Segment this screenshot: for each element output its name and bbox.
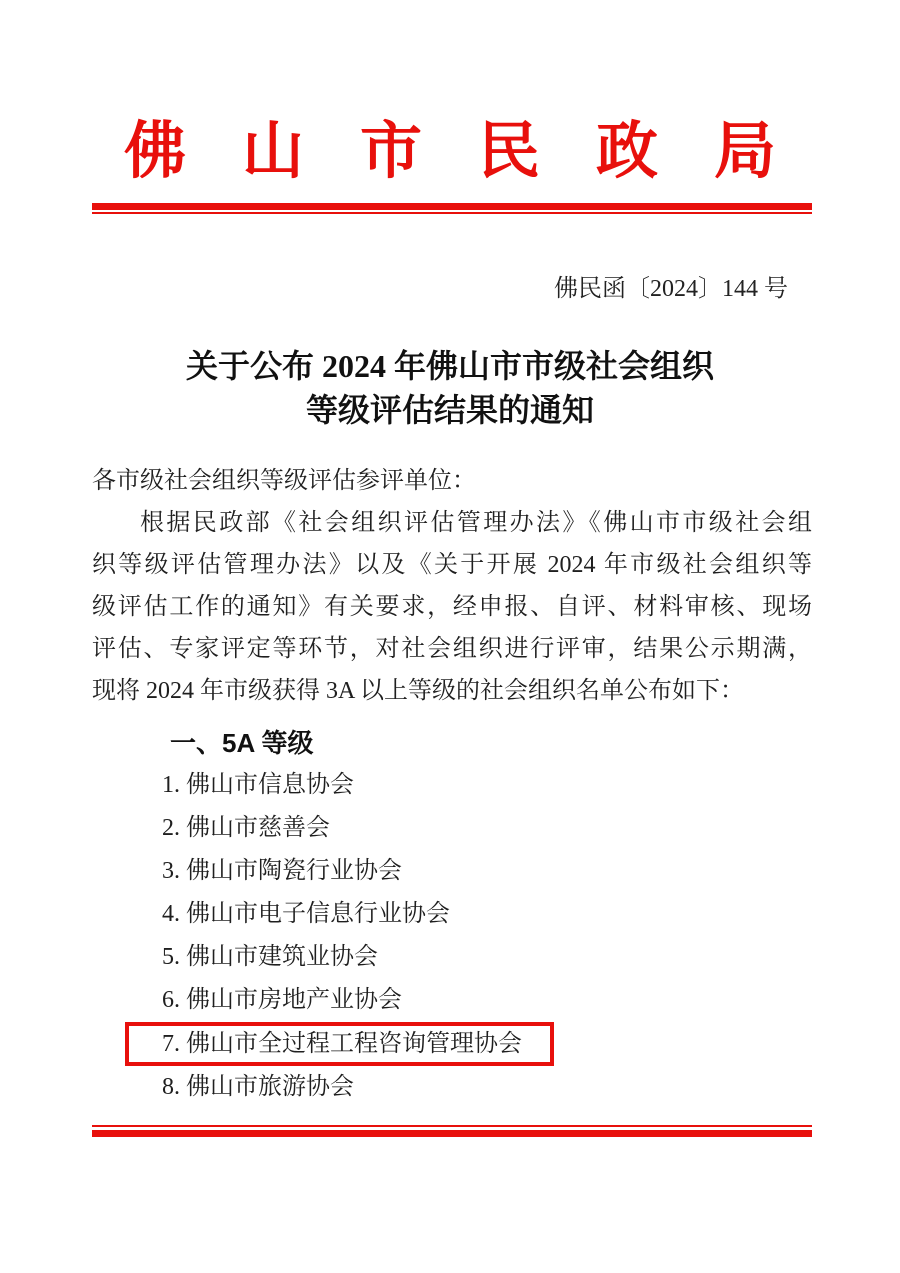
footer-rule-thick xyxy=(92,1130,812,1137)
section-heading-5a-grade: 一、5A 等级 xyxy=(92,722,812,764)
body-line: 织等级评估管理办法》以及《关于开展 2024 年市级社会组织等 xyxy=(92,544,812,586)
body-line: 根据民政部《社会组织评估管理办法》《佛山市市级社会组 xyxy=(92,502,812,544)
list-item: 3. 佛山市陶瓷行业协会 xyxy=(92,850,812,893)
list-item: 8. 佛山市旅游协会 xyxy=(92,1066,812,1109)
notice-title-line-1: 关于公布 2024 年佛山市市级社会组织 xyxy=(0,344,900,388)
document-reference-number: 佛民函〔2024〕144 号 xyxy=(0,274,788,304)
list-item: 4. 佛山市电子信息行业协会 xyxy=(92,893,812,936)
body-line: 评估、专家评定等环节，对社会组织进行评审，结果公示期满， xyxy=(92,628,812,670)
header-rule-thick xyxy=(92,203,812,210)
red-highlight-box: 7. 佛山市全过程工程咨询管理协会 xyxy=(125,1022,554,1066)
organization-list: 1. 佛山市信息协会 2. 佛山市慈善会 3. 佛山市陶瓷行业协会 4. 佛山市… xyxy=(92,764,812,1109)
list-item-highlighted-row: 7. 佛山市全过程工程咨询管理协会 xyxy=(92,1022,812,1066)
notice-title-line-2: 等级评估结果的通知 xyxy=(0,388,900,432)
list-item: 5. 佛山市建筑业协会 xyxy=(92,936,812,979)
body-line: 级评估工作的通知》有关要求，经申报、自评、材料审核、现场 xyxy=(92,586,812,628)
list-item: 1. 佛山市信息协会 xyxy=(92,764,812,807)
list-item: 6. 佛山市房地产业协会 xyxy=(92,979,812,1022)
body-line: 现将 2024 年市级获得 3A 以上等级的社会组织名单公布如下： xyxy=(92,670,812,712)
official-notice-page: 佛山市民政局 佛民函〔2024〕144 号 关于公布 2024 年佛山市市级社会… xyxy=(0,0,900,1273)
list-item-highlighted: 7. 佛山市全过程工程咨询管理协会 xyxy=(162,1031,522,1057)
header-rule-thin xyxy=(92,212,812,214)
footer-rule-thin xyxy=(92,1125,812,1127)
list-item: 2. 佛山市慈善会 xyxy=(92,807,812,850)
notice-body: 各市级社会组织等级评估参评单位： 根据民政部《社会组织评估管理办法》《佛山市市级… xyxy=(92,460,812,712)
salutation-line: 各市级社会组织等级评估参评单位： xyxy=(92,460,812,502)
notice-title: 关于公布 2024 年佛山市市级社会组织 等级评估结果的通知 xyxy=(0,344,900,432)
agency-letterhead-title: 佛山市民政局 xyxy=(0,0,900,192)
